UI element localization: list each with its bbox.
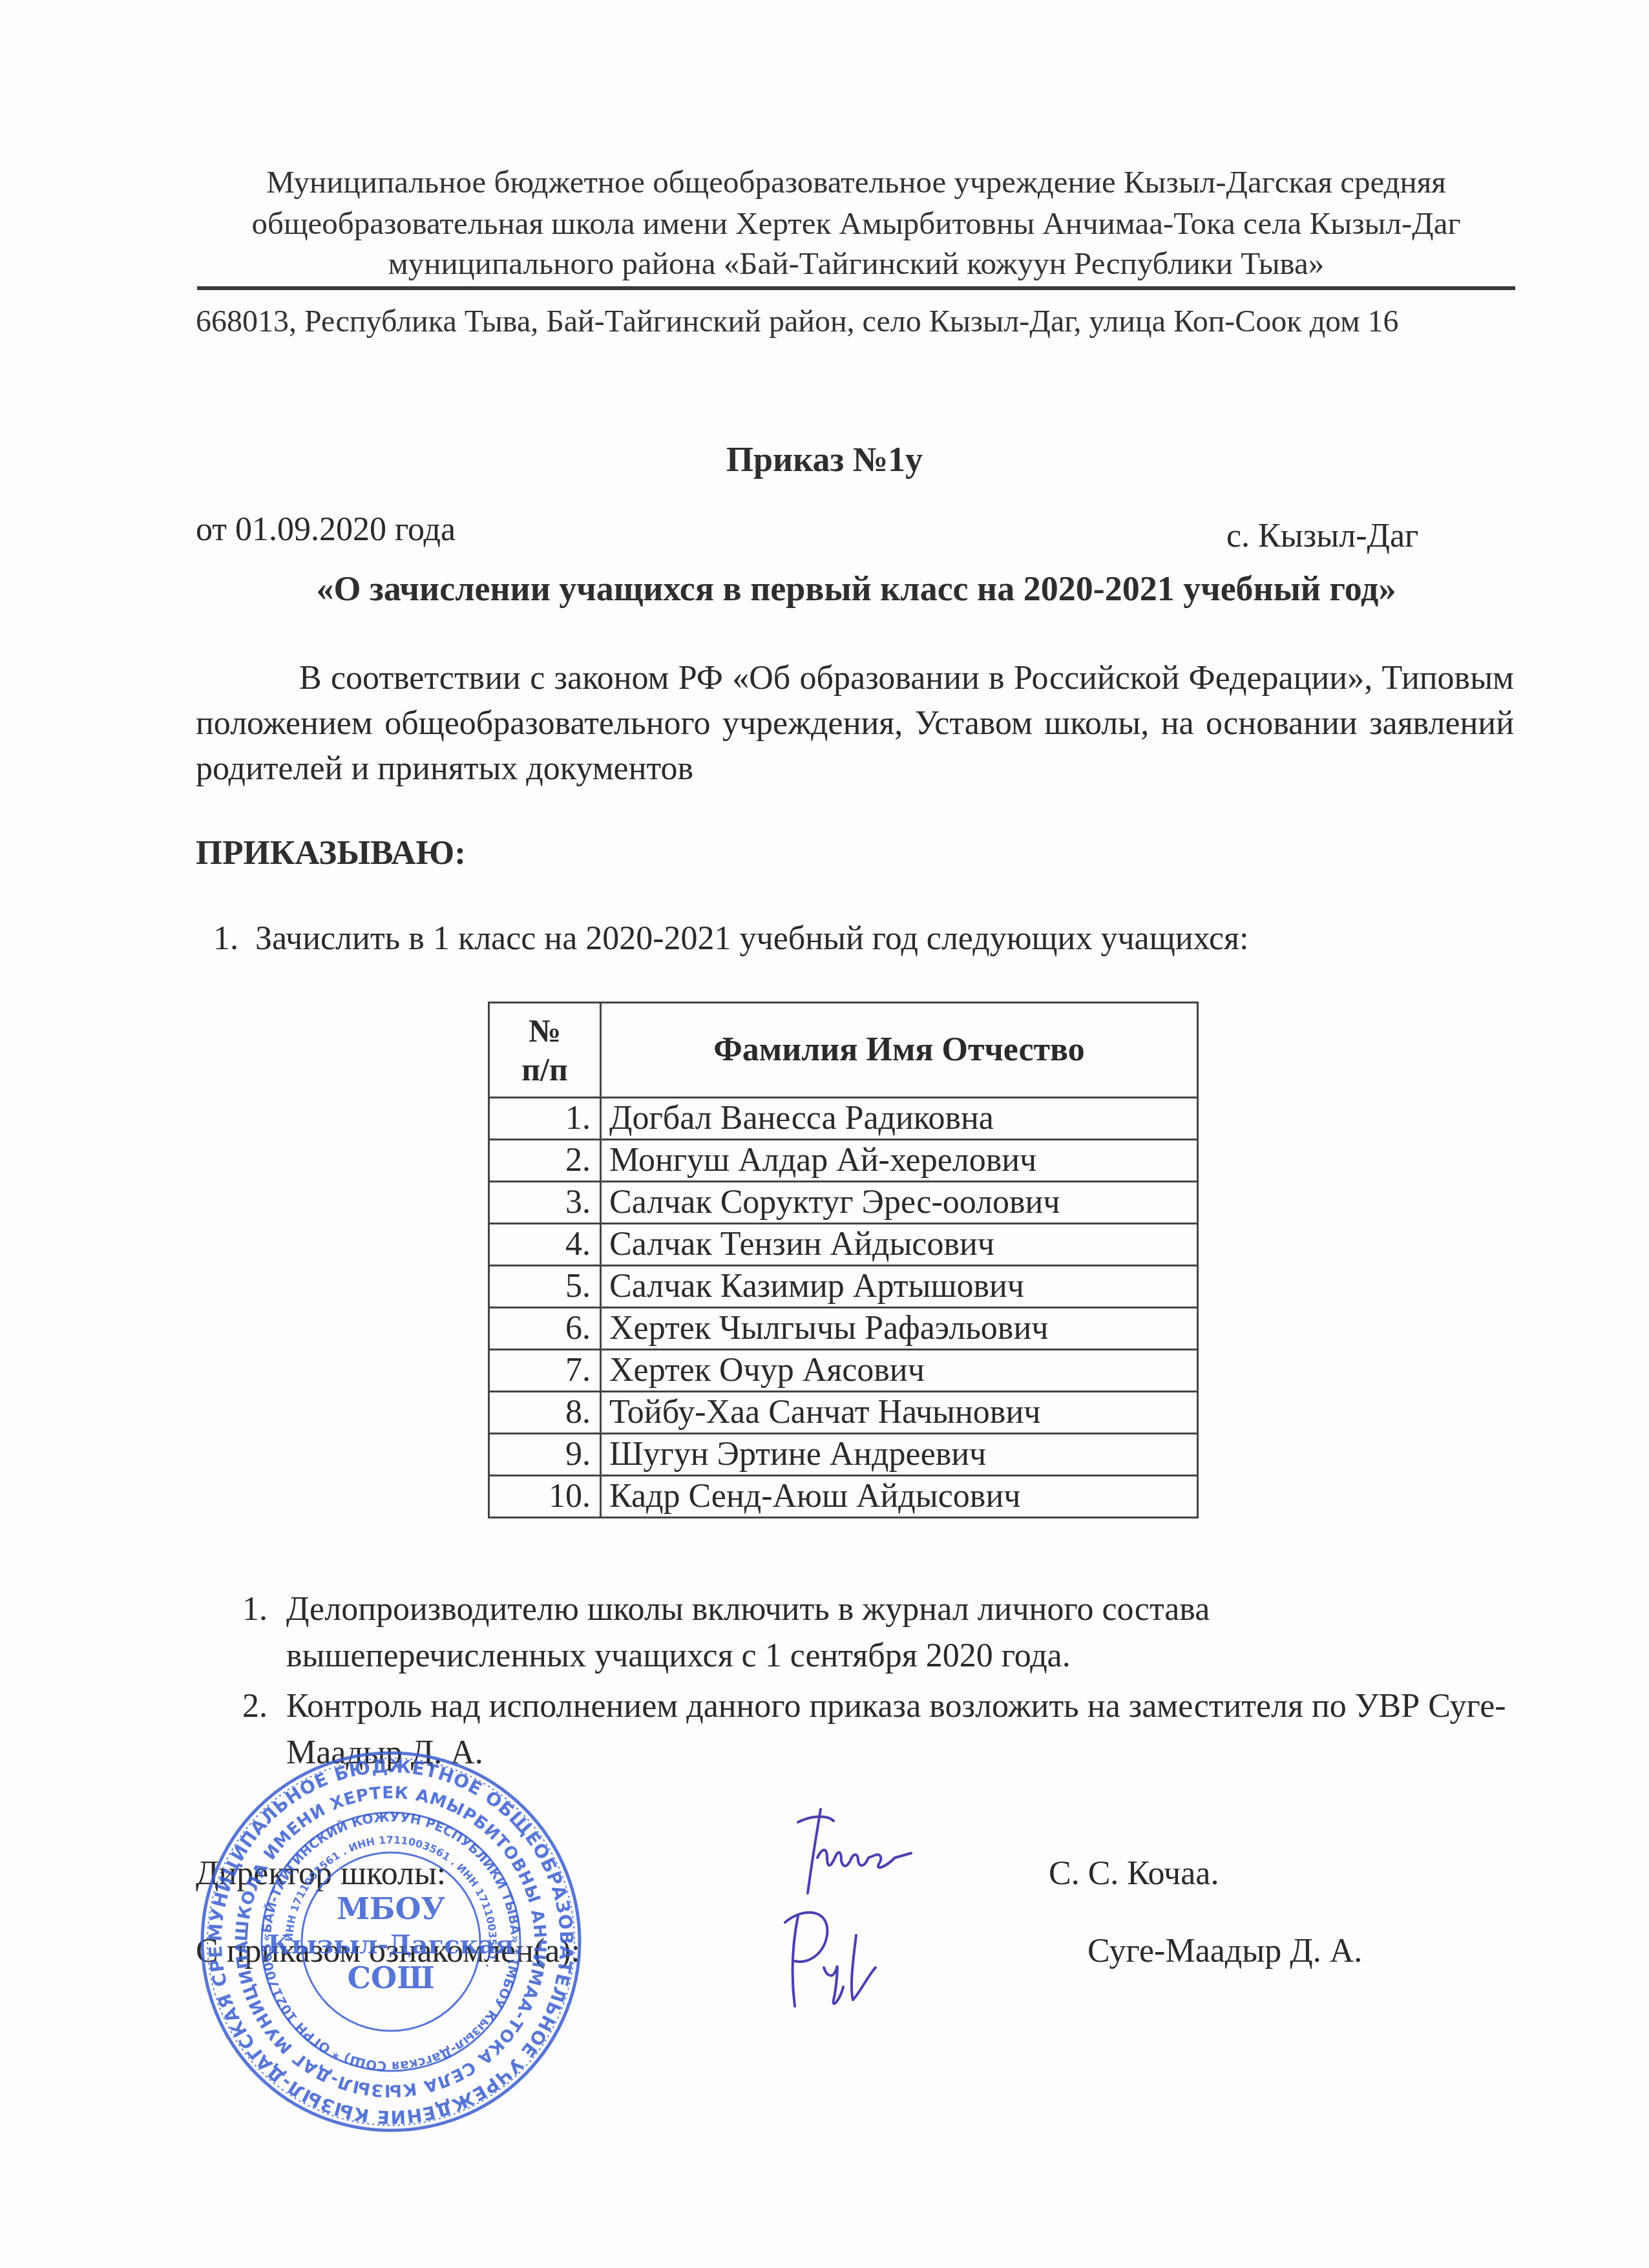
director-label: Директор школы: (196, 1854, 446, 1893)
instruction-item: 1. Делопроизводителю школы включить в жу… (242, 1586, 1535, 1679)
table-row: 2.Монгуш Алдар Ай-херелович (489, 1140, 1198, 1182)
org-address: 668013, Республика Тыва, Бай-Тайгинский … (196, 304, 1399, 339)
table-header-row: № п/п Фамилия Имя Отчество (489, 1003, 1198, 1098)
row-number: 8. (489, 1392, 601, 1434)
column-header-number-line-2: п/п (494, 1050, 596, 1089)
students-table-body: 1.Догбал Ванесса Радиковна2.Монгуш Алдар… (489, 1098, 1198, 1518)
row-number: 1. (489, 1098, 601, 1140)
student-full-name: Монгуш Алдар Ай-херелович (601, 1140, 1198, 1182)
acknowledged-signature-icon (772, 1896, 901, 2019)
table-row: 1.Догбал Ванесса Радиковна (489, 1098, 1198, 1140)
instruction-item: 2. Контроль над исполнением данного прик… (242, 1683, 1535, 1776)
stamp-middle-ring-text: ШКОЛА ИМЕНИ ХЕРТЕК АМЫРБИТОВНЫ АНЧИМАА-Т… (197, 1748, 549, 2100)
instructions-list: 1. Делопроизводителю школы включить в жу… (242, 1586, 1535, 1776)
student-full-name: Шугун Эртине Андреевич (601, 1434, 1198, 1476)
column-header-full-name: Фамилия Имя Отчество (601, 1003, 1198, 1098)
instruction-number: 2. (242, 1683, 268, 1730)
acknowledged-name: Суге-Маадыр Д. А. (1087, 1932, 1362, 1970)
table-row: 9.Шугун Эртине Андреевич (489, 1434, 1198, 1476)
table-row: 6.Хертек Чылгычы Рафаэльович (489, 1308, 1198, 1350)
order-directive-heading: ПРИКАЗЫВАЮ: (196, 834, 466, 872)
column-header-number: № п/п (489, 1003, 601, 1098)
svg-text:«БАЙ-ТАЙГИНСКИЙ КОЖУУН РЕСПУБЛ: «БАЙ-ТАЙГИНСКИЙ КОЖУУН РЕСПУБЛИКИ ТЫВА» … (197, 1748, 523, 2074)
letterhead-divider (197, 286, 1515, 290)
column-header-number-line-1: № (494, 1011, 596, 1050)
student-full-name: Салчак Тензин Айдысович (601, 1224, 1198, 1266)
instruction-text: Контроль над исполнением данного приказа… (286, 1683, 1533, 1776)
table-row: 7.Хертек Очур Аясович (489, 1350, 1198, 1392)
table-row: 5.Салчак Казимир Артышович (489, 1266, 1198, 1308)
order-place: с. Кызыл-Даг (1226, 517, 1418, 555)
enroll-item-number: 1. (213, 920, 238, 957)
student-full-name: Хертек Очур Аясович (601, 1350, 1198, 1392)
order-title: Приказ №1у (0, 439, 1649, 479)
students-table: № п/п Фамилия Имя Отчество 1.Догбал Ване… (488, 1002, 1199, 1518)
instruction-text: Делопроизводителю школы включить в журна… (286, 1586, 1469, 1679)
order-date: от 01.09.2020 года (196, 510, 456, 549)
table-row: 3.Салчак Соруктуг Эрес-оолович (489, 1182, 1198, 1224)
student-full-name: Догбал Ванесса Радиковна (601, 1098, 1198, 1140)
row-number: 9. (489, 1434, 601, 1476)
row-number: 4. (489, 1224, 601, 1266)
table-row: 4.Салчак Тензин Айдысович (489, 1224, 1198, 1266)
row-number: 10. (489, 1476, 601, 1518)
row-number: 3. (489, 1182, 601, 1224)
enroll-item: 1. Зачислить в 1 класс на 2020-2021 учеб… (213, 919, 1248, 958)
org-name-line-2: общеобразовательная школа имени Хертек А… (194, 203, 1518, 244)
table-row: 10.Кадр Сенд-Аюш Айдысович (489, 1476, 1198, 1518)
row-number: 2. (489, 1140, 601, 1182)
row-number: 7. (489, 1350, 601, 1392)
table-row: 8.Тойбу-Хаа Санчат Начынович (489, 1392, 1198, 1434)
order-subject: «О зачислении учащихся в первый класс на… (194, 569, 1518, 609)
instruction-number: 1. (242, 1586, 268, 1633)
svg-text:ШКОЛА ИМЕНИ ХЕРТЕК АМЫРБИТОВНЫ: ШКОЛА ИМЕНИ ХЕРТЕК АМЫРБИТОВНЫ АНЧИМАА-Т… (197, 1748, 549, 2100)
stamp-center-line-1: МБОУ (337, 1891, 445, 1926)
student-full-name: Тойбу-Хаа Санчат Начынович (601, 1392, 1198, 1434)
org-name-line-3: муниципального района «Бай-Тайгинский ко… (194, 243, 1518, 284)
director-signature-icon (782, 1796, 924, 1906)
student-full-name: Хертек Чылгычы Рафаэльович (601, 1308, 1198, 1350)
student-full-name: Салчак Казимир Артышович (601, 1266, 1198, 1308)
acknowledged-label: С приказом ознакомлен(а): (196, 1932, 580, 1970)
row-number: 5. (489, 1266, 601, 1308)
enroll-item-text: Зачислить в 1 класс на 2020-2021 учебный… (255, 920, 1248, 957)
stamp-inner-ring-text: «БАЙ-ТАЙГИНСКИЙ КОЖУУН РЕСПУБЛИКИ ТЫВА» … (197, 1748, 523, 2074)
row-number: 6. (489, 1308, 601, 1350)
director-name: С. С. Кочаа. (1049, 1854, 1219, 1893)
order-preamble: В соответствии с законом РФ «Об образова… (196, 656, 1514, 792)
student-full-name: Кадр Сенд-Аюш Айдысович (601, 1476, 1198, 1518)
org-name-line-1: Муниципальное бюджетное общеобразователь… (194, 162, 1518, 203)
student-full-name: Салчак Соруктуг Эрес-оолович (601, 1182, 1198, 1224)
